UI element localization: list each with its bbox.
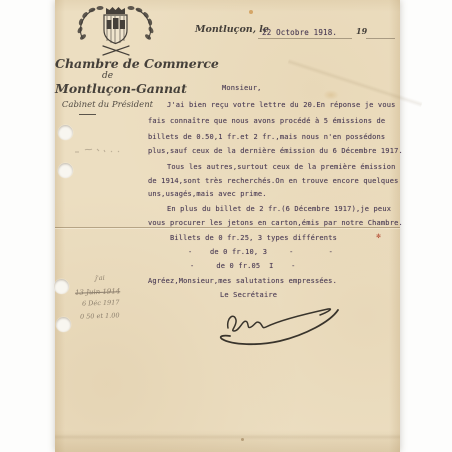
valediction: Agréez,Monsieur,mes salutations empressé… [148,277,337,286]
red-ink-mark: ✻ [376,233,381,240]
body-line: fais connaître que nous avons procédé à … [148,117,385,126]
org-name-line2: de [55,71,160,81]
body-line: Tous les autres,surtout ceux de la premi… [167,163,396,172]
body-line: - de 0 fr.05 I - [190,262,295,271]
salutation: Monsieur, [222,84,262,93]
fold-crease [55,227,400,229]
pencil-note: 6 Déc 1917 [82,298,120,307]
body-line: de 1914,sont très recherchés.On en trouv… [148,177,398,186]
punch-hole [54,279,69,294]
letterhead: Chambre de Commerce de Montluçon-Gannat … [55,57,160,115]
org-name-line1: Chambre de Commerce [55,57,160,71]
letter-paper: Chambre de Commerce de Montluçon-Gannat … [55,0,400,452]
dateline-rule [258,38,352,39]
punch-hole [58,125,73,140]
org-name-line3: Montluçon-Gannat [55,81,160,96]
dateline-rule-2 [366,38,395,39]
coat-of-arms-emblem [73,3,158,61]
body-line: plus,sauf ceux de la dernière émission d… [148,147,403,156]
stain-smudge [323,90,339,100]
body-line: Billets de 0 fr.25, 3 types différents [170,234,337,243]
dateline-year-prefix: 19 [356,26,367,36]
wrinkle [55,434,400,440]
body-line: billets de 0.50,1 fr.et 2 fr.,mais nous … [148,133,385,142]
signature-flourish [210,300,360,355]
pencil-note: j'ai [95,274,105,282]
office-title: Cabinet du Président [55,99,160,111]
body-line: En plus du billet de 2 fr.(6 Décembre 19… [167,205,391,214]
pencil-note: 0 50 et 1.00 [80,311,120,320]
letterhead-rule [79,114,96,115]
punch-hole [58,163,73,178]
punch-hole [56,317,71,332]
stain-speck [241,438,244,441]
body-line: - de 0 fr.10, 3 - - [188,248,333,257]
pencil-scribble [73,144,128,156]
body-line: J'ai bien reçu votre lettre du 20.En rép… [167,101,396,110]
dateline-typed-date: 22 Octobre 1918. [262,28,337,37]
pencil-note-struck: 13 Juin 1914 [75,287,120,297]
dateline-place-label: Montluçon, le [195,24,269,35]
stain-spot [249,10,253,14]
body-line: uns,usagés,mais avec prime. [148,190,267,199]
photo-background: Chambre de Commerce de Montluçon-Gannat … [0,0,452,452]
signer-title: Le Secrétaire [220,291,277,300]
